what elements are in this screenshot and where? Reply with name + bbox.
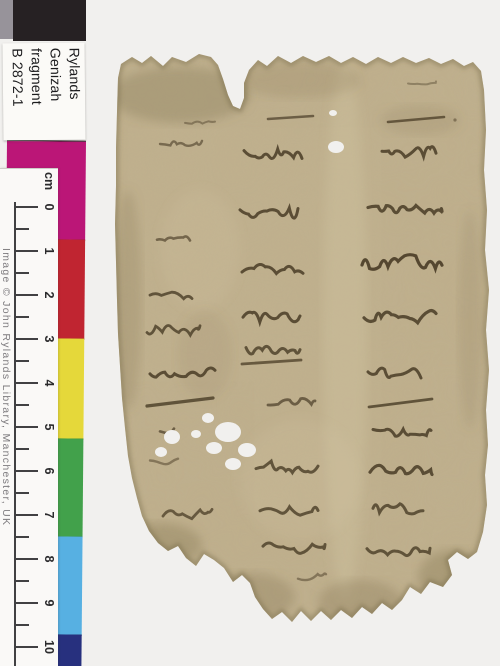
- copyright-text: Image © John Rylands Library, Manchester…: [0, 248, 12, 636]
- ruler-tick-minor: [14, 316, 29, 318]
- ruler-number: 3: [42, 330, 56, 348]
- ruler-number: 0: [42, 198, 56, 216]
- ruler-tick-minor: [14, 228, 29, 230]
- ruler-number: 9: [42, 594, 56, 612]
- shelfmark-line: Rylands: [65, 48, 85, 136]
- shelfmark-line: fragment: [27, 48, 47, 136]
- ruler-number: 4: [42, 374, 56, 392]
- ruler-tick-major: [14, 470, 38, 472]
- ruler-tick-major: [14, 558, 38, 560]
- ruler-tick-major: [14, 382, 38, 384]
- ruler-number: 1: [42, 242, 56, 260]
- ruler-tick-minor: [14, 624, 29, 626]
- ruler-tick-minor: [14, 492, 29, 494]
- ruler-tick-major: [14, 514, 38, 516]
- ruler-tick-minor: [14, 360, 29, 362]
- ruler-tick-minor: [14, 580, 29, 582]
- ruler-tick-major: [14, 646, 38, 648]
- ruler-tick-major: [14, 294, 38, 296]
- shelfmark-line: B 2872-1: [8, 48, 28, 136]
- ruler-unit-label: cm: [42, 172, 56, 196]
- ruler-number: 8: [42, 550, 56, 568]
- ruler-number: 5: [42, 418, 56, 436]
- shelfmark-label: RylandsGenizahfragmentB 2872-1: [2, 43, 85, 141]
- ruler-tick-major: [14, 338, 38, 340]
- ruler-number: 10: [42, 638, 56, 656]
- ruler-number: 6: [42, 462, 56, 480]
- ruler-number: 2: [42, 286, 56, 304]
- ruler-tick-minor: [14, 272, 29, 274]
- ruler-tick-major: [14, 250, 38, 252]
- ruler-tick-minor: [14, 448, 29, 450]
- ruler-number: 7: [42, 506, 56, 524]
- ruler-tick-major: [14, 602, 38, 604]
- ruler-tick-major: [14, 426, 38, 428]
- ruler-tick-minor: [14, 536, 29, 538]
- shelfmark-line: Genizah: [46, 48, 66, 136]
- shelfmark-text: RylandsGenizahfragmentB 2872-1: [8, 48, 85, 137]
- ruler-tick-minor: [14, 404, 29, 406]
- ruler-tick-major: [14, 206, 38, 208]
- photo-stage: cm 012345678910 RylandsGenizahfragmentB …: [0, 0, 500, 666]
